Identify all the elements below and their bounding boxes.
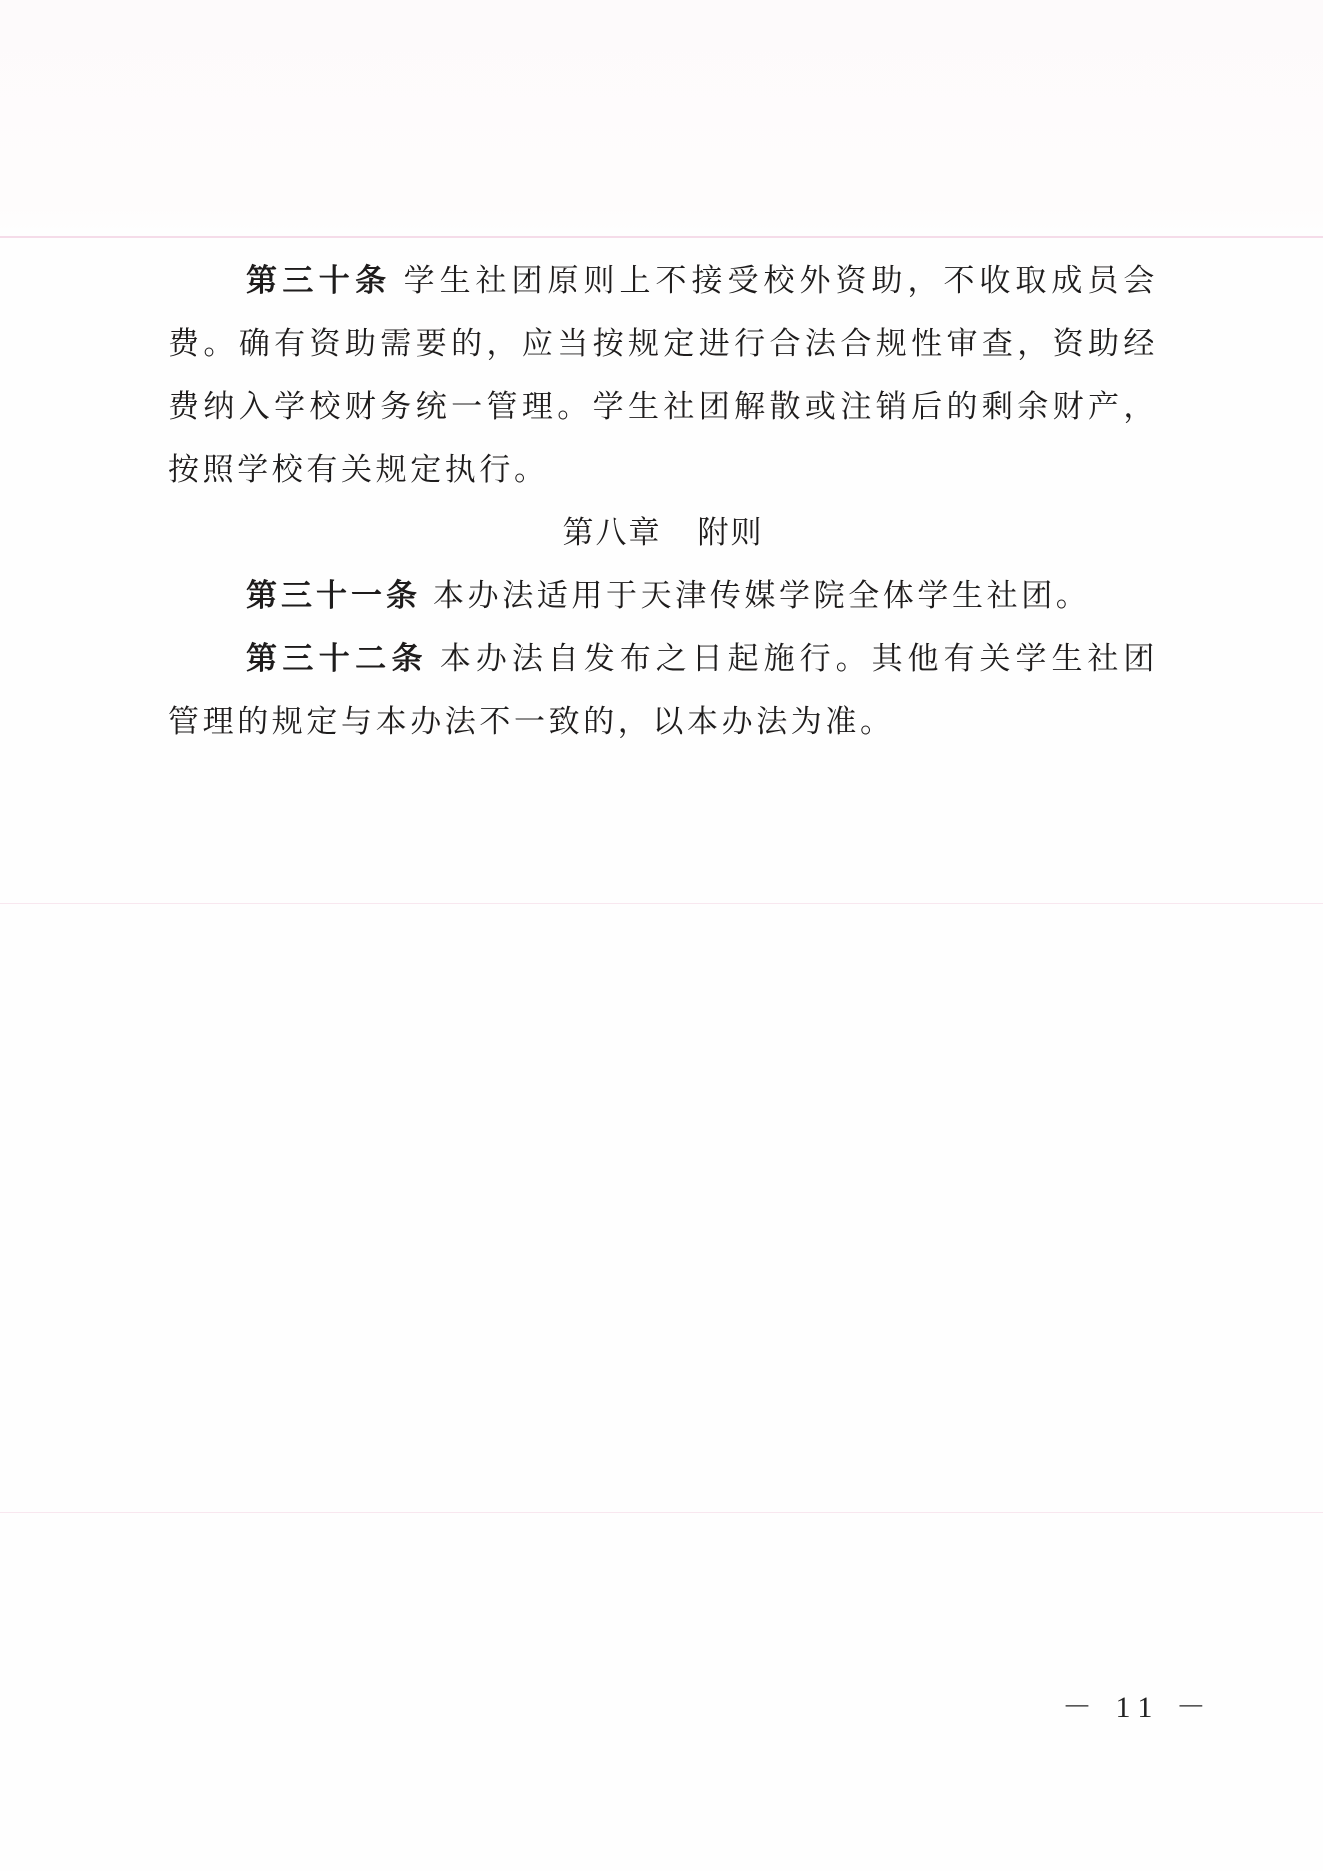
article-number: 第三十条 <box>246 263 392 299</box>
chapter-heading: 第八章附则 <box>168 502 1158 565</box>
article-30: 第三十条学生社团原则上不接受校外资助，不收取成员会费。确有资助需要的，应当按规定… <box>168 250 1158 502</box>
article-number: 第三十二条 <box>246 641 428 677</box>
top-rule-line <box>0 236 1323 238</box>
scan-rule-line <box>0 1512 1323 1513</box>
page-number: － 11 － <box>1062 1682 1214 1726</box>
article-text: 本办法适用于天津传媒学院全体学生社团。 <box>433 578 1090 614</box>
article-32: 第三十二条本办法自发布之日起施行。其他有关学生社团管理的规定与本办法不一致的，以… <box>168 628 1158 754</box>
article-31: 第三十一条本办法适用于天津传媒学院全体学生社团。 <box>168 565 1158 628</box>
chapter-title: 附则 <box>698 515 764 551</box>
document-page: 第三十条学生社团原则上不接受校外资助，不收取成员会费。确有资助需要的，应当按规定… <box>0 0 1323 1871</box>
chapter-number: 第八章 <box>563 515 662 551</box>
article-number: 第三十一条 <box>246 578 421 614</box>
scan-rule-line <box>0 903 1323 904</box>
document-body: 第三十条学生社团原则上不接受校外资助，不收取成员会费。确有资助需要的，应当按规定… <box>168 250 1158 754</box>
